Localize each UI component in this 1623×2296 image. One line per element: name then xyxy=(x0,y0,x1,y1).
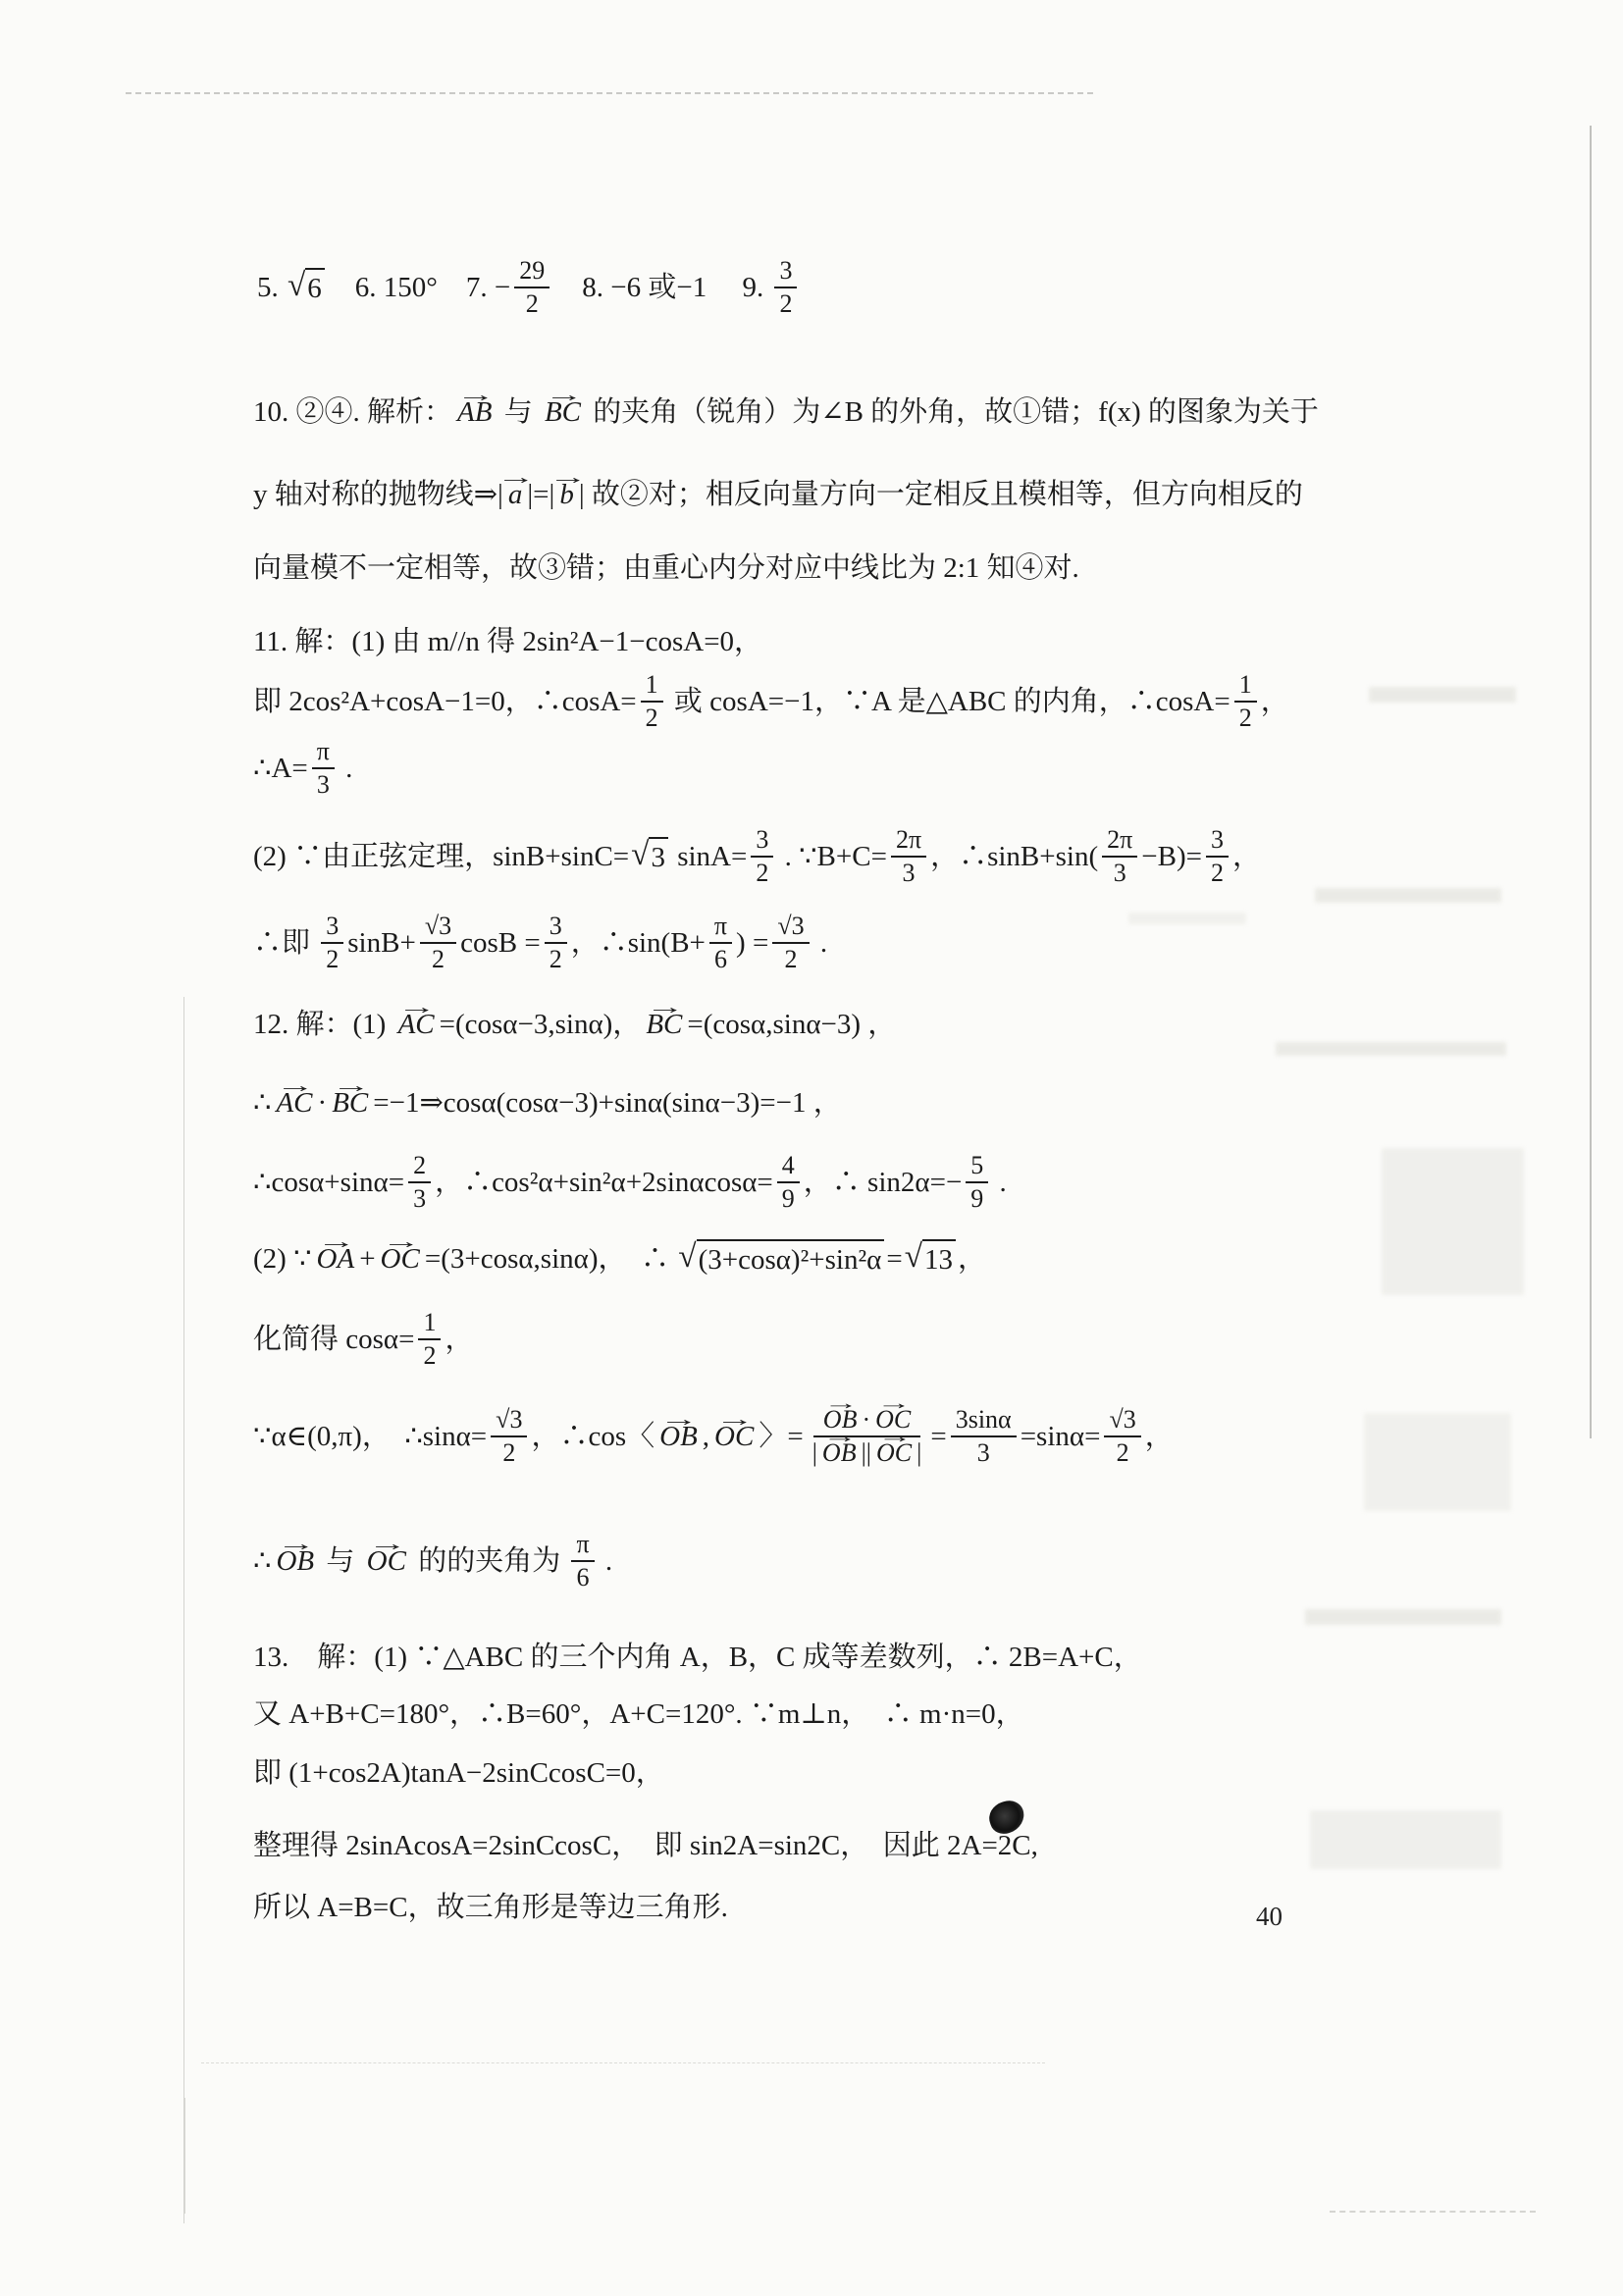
text-run: . xyxy=(992,1165,1007,1200)
text-run: sinB+ xyxy=(347,925,416,961)
numerator: π xyxy=(709,912,732,944)
text-run: 3 xyxy=(779,256,792,286)
text-run: 3 xyxy=(317,770,330,800)
text-run: √3 xyxy=(1109,1405,1135,1435)
fraction: 12 xyxy=(641,670,663,733)
vector-overline: AC xyxy=(274,1085,314,1121)
text-run: 的夹角（锐角）为∠B 的外角，故①错；f(x) 的图象为关于 xyxy=(586,394,1319,430)
solution-12-line-1: 12. 解：(1) AC=(cosα−3,sinα)，BC=(cosα,sinα… xyxy=(253,1007,1558,1042)
numerator: 3sinα xyxy=(951,1405,1017,1437)
solution-13-line-2: 又 A+B+C=180°，∴B=60°，A+C=120°. ∵m⊥n， ∴ m·… xyxy=(253,1696,1558,1732)
text-run: = xyxy=(930,1419,946,1454)
denominator: 2 xyxy=(321,944,343,974)
text-run: 2 xyxy=(646,704,658,733)
text-run: 的的夹角为 xyxy=(411,1543,568,1579)
denominator: 2 xyxy=(418,1340,441,1371)
text-run: 3 xyxy=(1211,825,1224,855)
text-run: ， xyxy=(1261,684,1289,719)
radicand: 3 xyxy=(649,837,668,875)
denominator: 3 xyxy=(972,1437,995,1468)
text-run: 又 A+B+C=180°，∴B=60°，A+C=120°. ∵m⊥n， ∴ m·… xyxy=(253,1696,1024,1732)
radicand: 6 xyxy=(305,268,325,306)
denominator: 2 xyxy=(1206,858,1229,888)
text-run: 10. ②④. 解析： xyxy=(253,394,452,430)
vector-overline: OC xyxy=(712,1419,756,1454)
text-run: 向量模不一定相等，故③错；由重心内分对应中线比为 2:1 知④对. xyxy=(253,550,1079,586)
denominator: 6 xyxy=(572,1562,595,1592)
text-run: 2 xyxy=(1211,859,1224,888)
numerator: π xyxy=(312,737,335,769)
text-run: √3 xyxy=(425,912,451,941)
text-run: 5 xyxy=(970,1151,983,1180)
solution-13-line-5: 所以 A=B=C，故三角形是等边三角形. xyxy=(253,1890,1558,1925)
text-run: =−1⇒cosα(cosα−3)+sinα(sinα−3)=−1 ， xyxy=(373,1085,841,1121)
square-root: 6 xyxy=(288,268,325,306)
text-run: −B)= xyxy=(1141,839,1202,874)
fraction: 32 xyxy=(545,912,567,974)
denominator: 2 xyxy=(427,944,449,974)
text-run: (2) ∵ xyxy=(253,1241,312,1277)
vector-overline: AB xyxy=(455,394,494,430)
text-run: 9 xyxy=(970,1184,983,1214)
text-run: 2π xyxy=(1107,825,1132,855)
text-run: = xyxy=(886,1241,902,1277)
text-run: 2 xyxy=(526,289,539,319)
text-run: ∴ xyxy=(253,1085,271,1121)
text-run: ，∴sin(B+ xyxy=(571,925,706,961)
page-number: 40 xyxy=(1256,1902,1283,1932)
text-run: 化简得 cosα= xyxy=(253,1322,414,1357)
text-run: ，∴cos²α+sin²α+2sinαcosα= xyxy=(435,1165,773,1200)
radicand: (3+cosα)²+sin²α xyxy=(697,1239,885,1278)
numerator: 1 xyxy=(641,670,663,703)
text-run: 2 xyxy=(550,945,562,974)
text-run: ∴cosα+sinα= xyxy=(253,1165,404,1200)
text-run: 2 xyxy=(326,945,339,974)
fraction: 2π3 xyxy=(891,825,926,888)
scan-artifact-bottom-dashed-2 xyxy=(1330,2211,1536,2213)
numerator: √3 xyxy=(1104,1405,1140,1437)
text-run: ∴ xyxy=(253,1543,271,1579)
solution-11-line-2: 即 2cos²A+cosA−1=0，∴cosA=12 或 cosA=−1，∵A … xyxy=(253,670,1558,733)
fraction: 49 xyxy=(777,1151,800,1214)
vector-overline: OC xyxy=(365,1543,408,1579)
fraction: 12 xyxy=(1234,670,1257,733)
text-run: + xyxy=(359,1241,375,1277)
text-run: 11. 解：(1) 由 m//n 得 2sin²A−1−cosA=0， xyxy=(253,624,762,659)
text-run: 2 xyxy=(423,1341,436,1371)
vector-overline: b xyxy=(557,477,576,512)
square-root: (3+cosα)²+sin²α xyxy=(678,1239,884,1278)
text-run: (2) ∵由正弦定理，sinB+sinC= xyxy=(253,839,629,874)
fraction: √32 xyxy=(1104,1405,1140,1468)
fraction: 23 xyxy=(408,1151,431,1214)
denominator: 2 xyxy=(521,288,544,319)
solution-12-line-2: ∴AC·BC=−1⇒cosα(cosα−3)+sinα(sinα−3)=−1 ， xyxy=(253,1085,1558,1121)
text-run: 3 xyxy=(413,1184,426,1214)
solution-10-line-1: 10. ②④. 解析：AB 与 BC 的夹角（锐角）为∠B 的外角，故①错；f(… xyxy=(253,394,1558,430)
denominator: 3 xyxy=(408,1183,431,1214)
text-run: 3 xyxy=(903,859,916,888)
fraction: 32 xyxy=(774,256,797,319)
text-run: ，∴cos〈 xyxy=(531,1419,654,1454)
numerator: 29 xyxy=(514,256,550,288)
fraction: OB·OC|OB||OC| xyxy=(808,1405,927,1468)
fraction: π3 xyxy=(312,737,335,800)
text-run: 即 2cos²A+cosA−1=0，∴cosA= xyxy=(253,684,637,719)
vector-overline: a xyxy=(506,477,525,512)
solution-12-line-3: ∴cosα+sinα=23，∴cos²α+sin²α+2sinαcosα=49，… xyxy=(253,1151,1558,1214)
text-run: 2π xyxy=(896,825,921,855)
bleedthrough-smudge xyxy=(1315,888,1501,903)
text-run: ) = xyxy=(736,925,768,961)
text-run: 8. −6 或−1 9. xyxy=(553,270,770,305)
text-run: , xyxy=(703,1419,709,1454)
numerator: 3 xyxy=(321,912,343,944)
text-run: ， xyxy=(1145,1419,1174,1454)
text-run: | 故②对；相反向量方向一定相反且模相等，但方向相反的 xyxy=(579,477,1303,512)
text-run: 2 xyxy=(413,1151,426,1180)
text-run: || xyxy=(862,1438,871,1468)
numerator: 3 xyxy=(751,825,773,858)
numerator: 4 xyxy=(777,1151,800,1183)
text-run: 即 (1+cos2A)tanA−2sinCcosC=0， xyxy=(253,1755,664,1791)
text-run: 2 xyxy=(432,945,445,974)
text-run: 1 xyxy=(423,1308,436,1337)
text-run: =(3+cosα,sinα)， ∴ xyxy=(425,1241,676,1277)
fraction: 59 xyxy=(966,1151,988,1214)
fraction: 2π3 xyxy=(1102,825,1137,888)
text-run: ∴即 xyxy=(253,925,317,961)
fraction: π6 xyxy=(709,912,732,974)
text-run: 1 xyxy=(1239,670,1252,700)
text-run: ，∴sinB+sin( xyxy=(930,839,1098,874)
vector-overline: AC xyxy=(396,1007,437,1042)
text-run: =(cosα,sinα−3) ， xyxy=(687,1007,896,1042)
text-run: . xyxy=(339,751,353,786)
text-run: cosB = xyxy=(460,925,541,961)
text-run: ， xyxy=(958,1241,986,1277)
vector-overline: OC xyxy=(379,1241,422,1277)
text-run: . ∵B+C= xyxy=(777,839,887,874)
text-run: π xyxy=(317,737,330,766)
solution-11-line-4: (2) ∵由正弦定理，sinB+sinC=3 sinA=32 . ∵B+C=2π… xyxy=(253,825,1558,888)
text-run: 9 xyxy=(782,1184,795,1214)
numerator: 2π xyxy=(1102,825,1137,858)
vector-overline: BC xyxy=(543,394,583,430)
scan-artifact-top-dashed-line xyxy=(126,92,1093,94)
fraction: 32 xyxy=(1206,825,1229,888)
denominator: 2 xyxy=(751,858,773,888)
text-run: 2 xyxy=(784,945,797,974)
text-run: =(cosα−3,sinα)， xyxy=(440,1007,642,1042)
solution-11-line-1: 11. 解：(1) 由 m//n 得 2sin²A−1−cosA=0， xyxy=(253,624,1558,659)
fraction: 32 xyxy=(321,912,343,974)
text-run: 3 xyxy=(756,825,768,855)
text-run: ， xyxy=(1232,839,1261,874)
text-run: | xyxy=(812,1438,817,1468)
text-run: 或 cosA=−1，∵A 是△ABC 的内角，∴cosA= xyxy=(667,684,1230,719)
fraction: π6 xyxy=(571,1530,594,1592)
text-run: 1 xyxy=(646,670,658,700)
text-run: 2 xyxy=(502,1438,515,1468)
vector-overline: OB xyxy=(820,1438,859,1468)
numerator: 3 xyxy=(774,256,797,288)
denominator: |OB||OC| xyxy=(808,1437,927,1468)
text-run: . xyxy=(813,925,828,961)
bleedthrough-smudge xyxy=(1305,1609,1501,1625)
solution-12-line-6: ∵α∈(0,π)， ∴sinα=√32，∴cos〈OB,OC〉=OB·OC|OB… xyxy=(253,1405,1558,1468)
denominator: 3 xyxy=(898,858,920,888)
text-run: 〉= xyxy=(759,1419,803,1454)
fraction: 32 xyxy=(751,825,773,888)
denominator: 3 xyxy=(1109,858,1131,888)
text-run: 12. 解：(1) xyxy=(253,1007,393,1042)
denominator: 2 xyxy=(779,944,802,974)
fraction: 292 xyxy=(514,256,550,319)
text-run: 整理得 2sinAcosA=2sinCcosC， 即 sin2A=sin2C， … xyxy=(253,1828,1038,1863)
text-run: 与 xyxy=(497,394,540,430)
text-run: ∴A= xyxy=(253,751,308,786)
text-run: 6 xyxy=(577,1563,590,1592)
denominator: 2 xyxy=(545,944,567,974)
text-run: | xyxy=(916,1438,921,1468)
text-run: y 轴对称的抛物线⇒| xyxy=(253,477,503,512)
text-run: ， xyxy=(445,1322,473,1357)
solution-13-line-1: 13. 解：(1) ∵△ABC 的三个内角 A，B，C 成等差数列，∴ 2B=A… xyxy=(253,1640,1558,1675)
text-run: 13. 解：(1) ∵△ABC 的三个内角 A，B，C 成等差数列，∴ 2B=A… xyxy=(253,1640,1142,1675)
denominator: 9 xyxy=(966,1183,988,1214)
numerator: 1 xyxy=(1234,670,1257,703)
square-root: 3 xyxy=(631,837,668,875)
scan-artifact-left-rule-lower xyxy=(184,2098,185,2214)
text-run: √3 xyxy=(496,1405,522,1435)
text-run: 2 xyxy=(1117,1438,1129,1468)
vector-overline: OB xyxy=(274,1543,316,1579)
fraction: 12 xyxy=(418,1308,441,1371)
text-run: 3 xyxy=(550,912,562,941)
solution-13-line-4: 整理得 2sinAcosA=2sinCcosC， 即 sin2A=sin2C， … xyxy=(253,1828,1558,1863)
scan-artifact-right-rule xyxy=(1590,126,1592,1438)
text-run: 与 xyxy=(319,1543,362,1579)
text-run: π xyxy=(714,912,727,941)
denominator: 2 xyxy=(1234,703,1257,733)
text-run: =sinα= xyxy=(1021,1419,1101,1454)
radicand: 13 xyxy=(922,1239,956,1278)
fraction: 3sinα3 xyxy=(951,1405,1017,1468)
scan-artifact-left-rule xyxy=(183,997,184,2223)
text-run: sinA= xyxy=(670,839,747,874)
denominator: 2 xyxy=(774,288,797,319)
numerator: 2 xyxy=(408,1151,431,1183)
numerator: 5 xyxy=(966,1151,988,1183)
text-run: √3 xyxy=(777,912,804,941)
numerator: 2π xyxy=(891,825,926,858)
text-run: 3 xyxy=(977,1438,990,1468)
text-run: 3 xyxy=(326,912,339,941)
text-run: 2 xyxy=(756,859,768,888)
numerator: √3 xyxy=(491,1405,527,1437)
numerator: π xyxy=(571,1530,594,1562)
scanned-answer-page: 5. 6 6. 150° 7. −292 8. −6 或−1 9. 32 10.… xyxy=(0,0,1623,2296)
denominator: 3 xyxy=(312,769,335,800)
denominator: 9 xyxy=(777,1183,800,1214)
numerator: 1 xyxy=(418,1308,441,1340)
solution-11-line-3: ∴A=π3 . xyxy=(253,737,1558,800)
solution-12-line-5: 化简得 cosα=12， xyxy=(253,1308,1558,1371)
numerator: 3 xyxy=(545,912,567,944)
bleedthrough-smudge xyxy=(1276,1042,1506,1056)
text-run: . xyxy=(599,1543,613,1579)
text-run: 4 xyxy=(782,1151,795,1180)
vector-overline: BC xyxy=(644,1007,684,1042)
vector-overline: BC xyxy=(330,1085,370,1121)
numerator: 3 xyxy=(1206,825,1229,858)
solution-12-line-4: (2) ∵OA+OC=(3+cosα,sinα)， ∴ (3+cosα)²+si… xyxy=(253,1239,1558,1278)
solution-10-line-2: y 轴对称的抛物线⇒|a|=|b| 故②对；相反向量方向一定相反且模相等，但方向… xyxy=(253,477,1558,512)
fraction: √32 xyxy=(420,912,456,974)
denominator: 6 xyxy=(709,944,732,974)
denominator: 2 xyxy=(1112,1437,1134,1468)
text-run: 29 xyxy=(519,256,545,286)
text-run: 所以 A=B=C，故三角形是等边三角形. xyxy=(253,1890,728,1925)
vector-overline: OB xyxy=(657,1419,700,1454)
text-run: 6. 150° 7. − xyxy=(327,270,510,305)
text-run: · xyxy=(318,1085,328,1121)
denominator: 2 xyxy=(497,1437,520,1468)
denominator: 2 xyxy=(641,703,663,733)
text-run: · xyxy=(862,1405,870,1435)
square-root: 13 xyxy=(905,1239,956,1278)
text-run: 6 xyxy=(714,945,727,974)
numerator: √3 xyxy=(420,912,456,944)
text-run: 2 xyxy=(1239,704,1252,733)
answers-line-5-to-9: 5. 6 6. 150° 7. −292 8. −6 或−1 9. 32 xyxy=(257,256,1562,319)
scan-artifact-bottom-dashed xyxy=(201,2062,1045,2063)
solution-11-line-5: ∴即 32sinB+√32cosB =32，∴sin(B+π6) =√32 . xyxy=(253,912,1558,974)
text-run: ，∴ sin2α=− xyxy=(804,1165,963,1200)
fraction: √32 xyxy=(772,912,809,974)
vector-overline: OA xyxy=(315,1241,357,1277)
text-run: 3sinα xyxy=(956,1405,1012,1435)
text-run: ∵α∈(0,π)， ∴sinα= xyxy=(253,1419,487,1454)
text-run: 2 xyxy=(779,289,792,319)
vector-overline: OC xyxy=(874,1438,914,1468)
text-run: 5. xyxy=(257,270,286,305)
text-run: 3 xyxy=(1114,859,1126,888)
fraction: √32 xyxy=(491,1405,527,1468)
solution-13-line-3: 即 (1+cos2A)tanA−2sinCcosC=0， xyxy=(253,1755,1558,1791)
solution-10-line-3: 向量模不一定相等，故③错；由重心内分对应中线比为 2:1 知④对. xyxy=(253,550,1558,586)
numerator: √3 xyxy=(772,912,809,944)
solution-12-line-7: ∴OB 与 OC 的的夹角为 π6 . xyxy=(253,1530,1558,1592)
text-run: π xyxy=(576,1530,589,1559)
